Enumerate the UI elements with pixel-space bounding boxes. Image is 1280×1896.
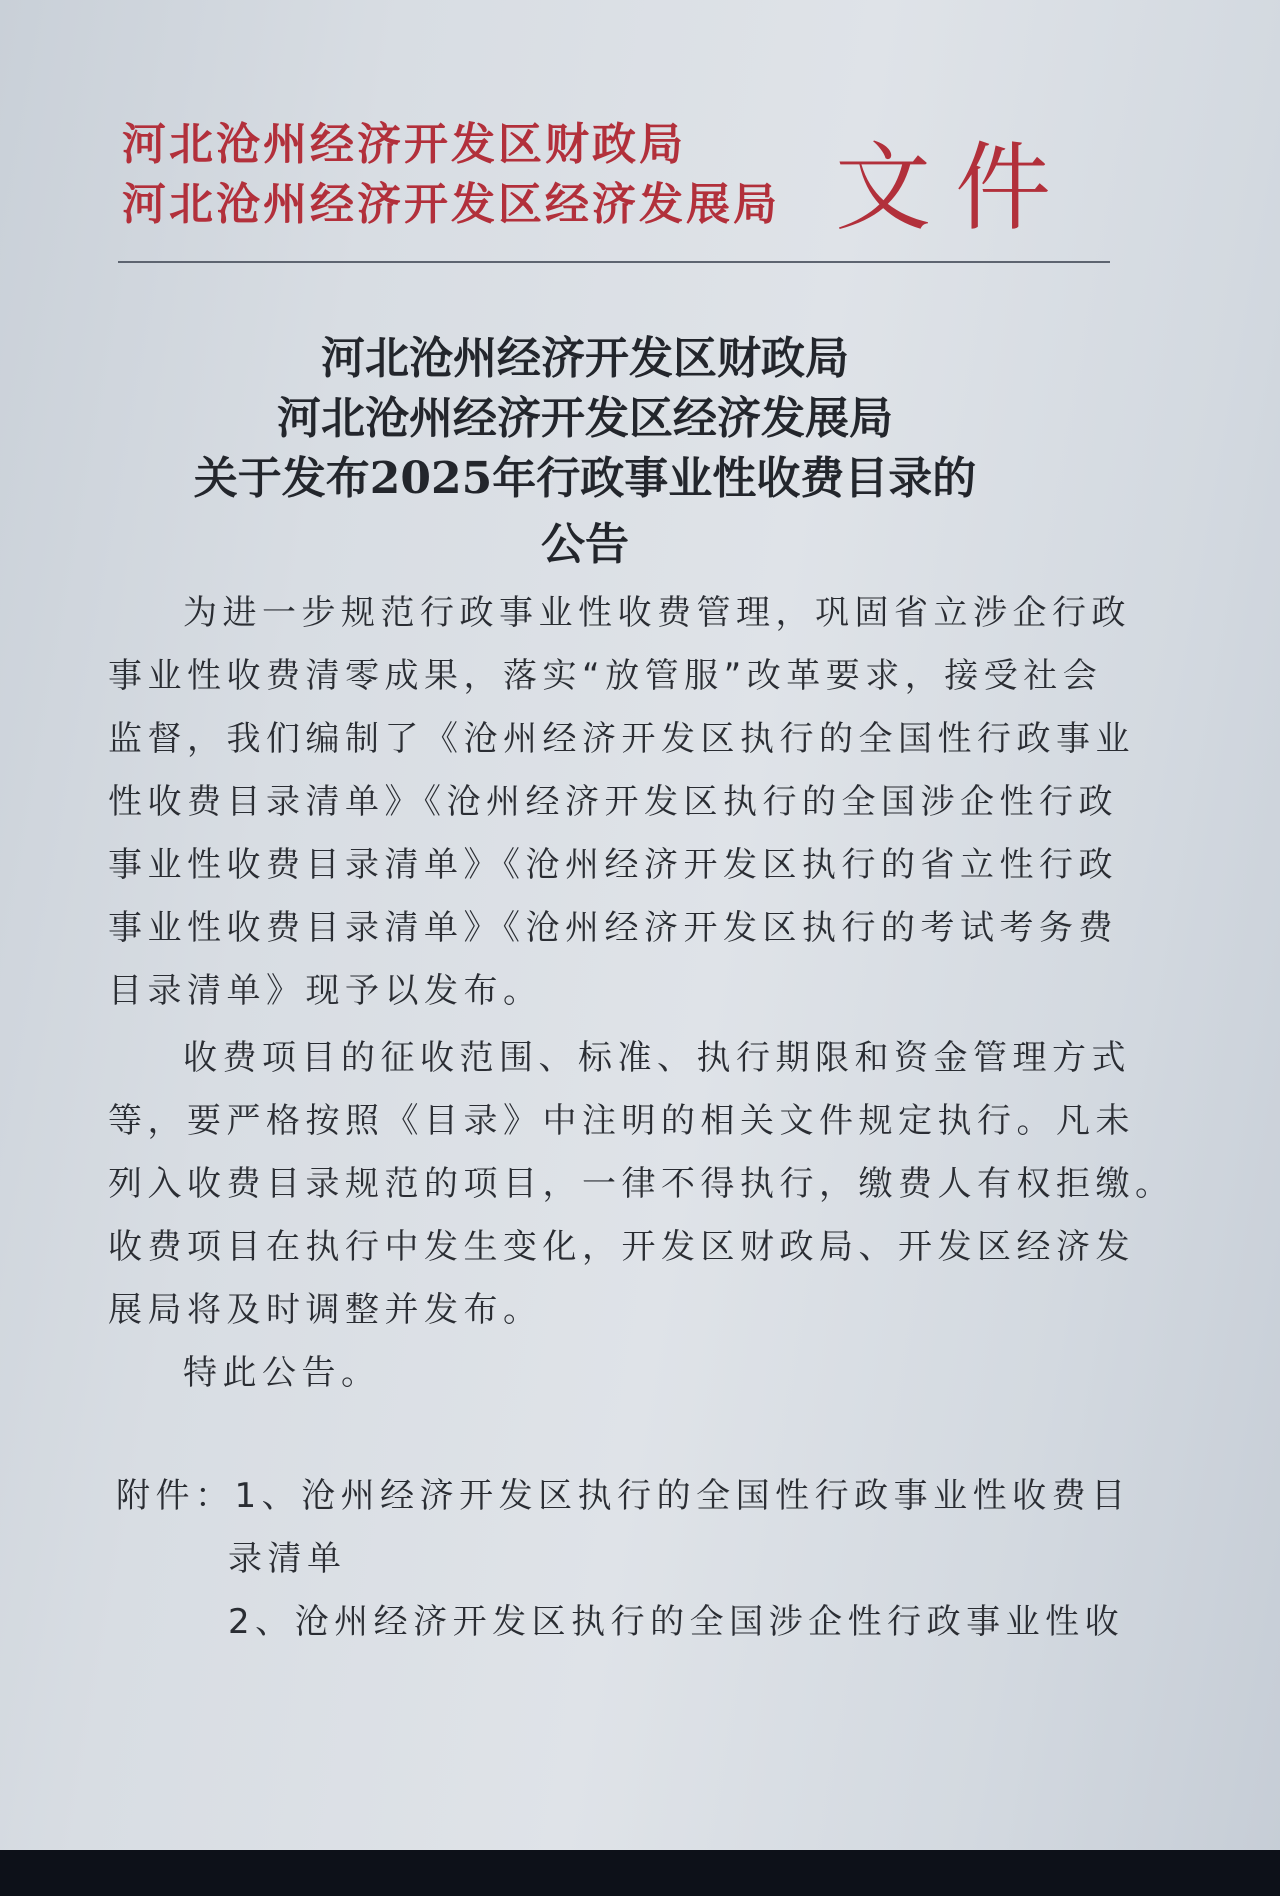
issuer-economic-development-bureau: 河北沧州经济开发区经济发展局	[122, 168, 780, 232]
para1-line-6: 事业性收费目录清单》《沧州经济开发区执行的考试考务费	[108, 900, 1118, 949]
para1-line-7: 目录清单》现予以发布。	[108, 963, 543, 1012]
dark-background-edge	[0, 1850, 1280, 1896]
title-line-1: 河北沧州经济开发区财政局	[0, 322, 1170, 386]
issuer-finance-bureau: 河北沧州经济开发区财政局	[122, 108, 686, 172]
para1-line-2: 事业性收费清零成果，落实“放管服”改革要求，接受社会	[108, 648, 1102, 697]
para1-line-5: 事业性收费目录清单》《沧州经济开发区执行的省立性行政	[108, 837, 1118, 886]
attachment-line-1: 附件：1、沧州经济开发区执行的全国性行政事业性收费目	[116, 1468, 1131, 1517]
para2-line-5: 展局将及时调整并发布。	[108, 1282, 543, 1331]
para2-line-4: 收费项目在执行中发生变化，开发区财政局、开发区经济发	[108, 1219, 1135, 1268]
title-line-4: 公告	[0, 508, 1170, 572]
document-mark: 文件	[835, 112, 1075, 249]
attachment-line-2: 录清单	[228, 1531, 347, 1580]
attachment-line-3: 2、沧州经济开发区执行的全国涉企性行政事业性收	[228, 1594, 1124, 1643]
document-page: 河北沧州经济开发区财政局 河北沧州经济开发区经济发展局 文件 河北沧州经济开发区…	[0, 0, 1280, 1850]
title-line-3: 关于发布2025年行政事业性收费目录的	[0, 442, 1170, 506]
header-divider	[118, 261, 1110, 263]
closing-text: 特此公告。	[183, 1345, 381, 1394]
para2-line-2: 等，要严格按照《目录》中注明的相关文件规定执行。凡未	[108, 1093, 1135, 1142]
para2-line-1: 收费项目的征收范围、标准、执行期限和资金管理方式	[183, 1030, 1131, 1079]
para2-line-3: 列入收费目录规范的项目，一律不得执行，缴费人有权拒缴。	[108, 1156, 1175, 1205]
title-line-2: 河北沧州经济开发区经济发展局	[0, 382, 1170, 446]
para1-line-3: 监督，我们编制了《沧州经济开发区执行的全国性行政事业	[108, 711, 1135, 760]
para1-line-1: 为进一步规范行政事业性收费管理，巩固省立涉企行政	[183, 585, 1131, 634]
para1-line-4: 性收费目录清单》《沧州经济开发区执行的全国涉企性行政	[108, 774, 1118, 823]
